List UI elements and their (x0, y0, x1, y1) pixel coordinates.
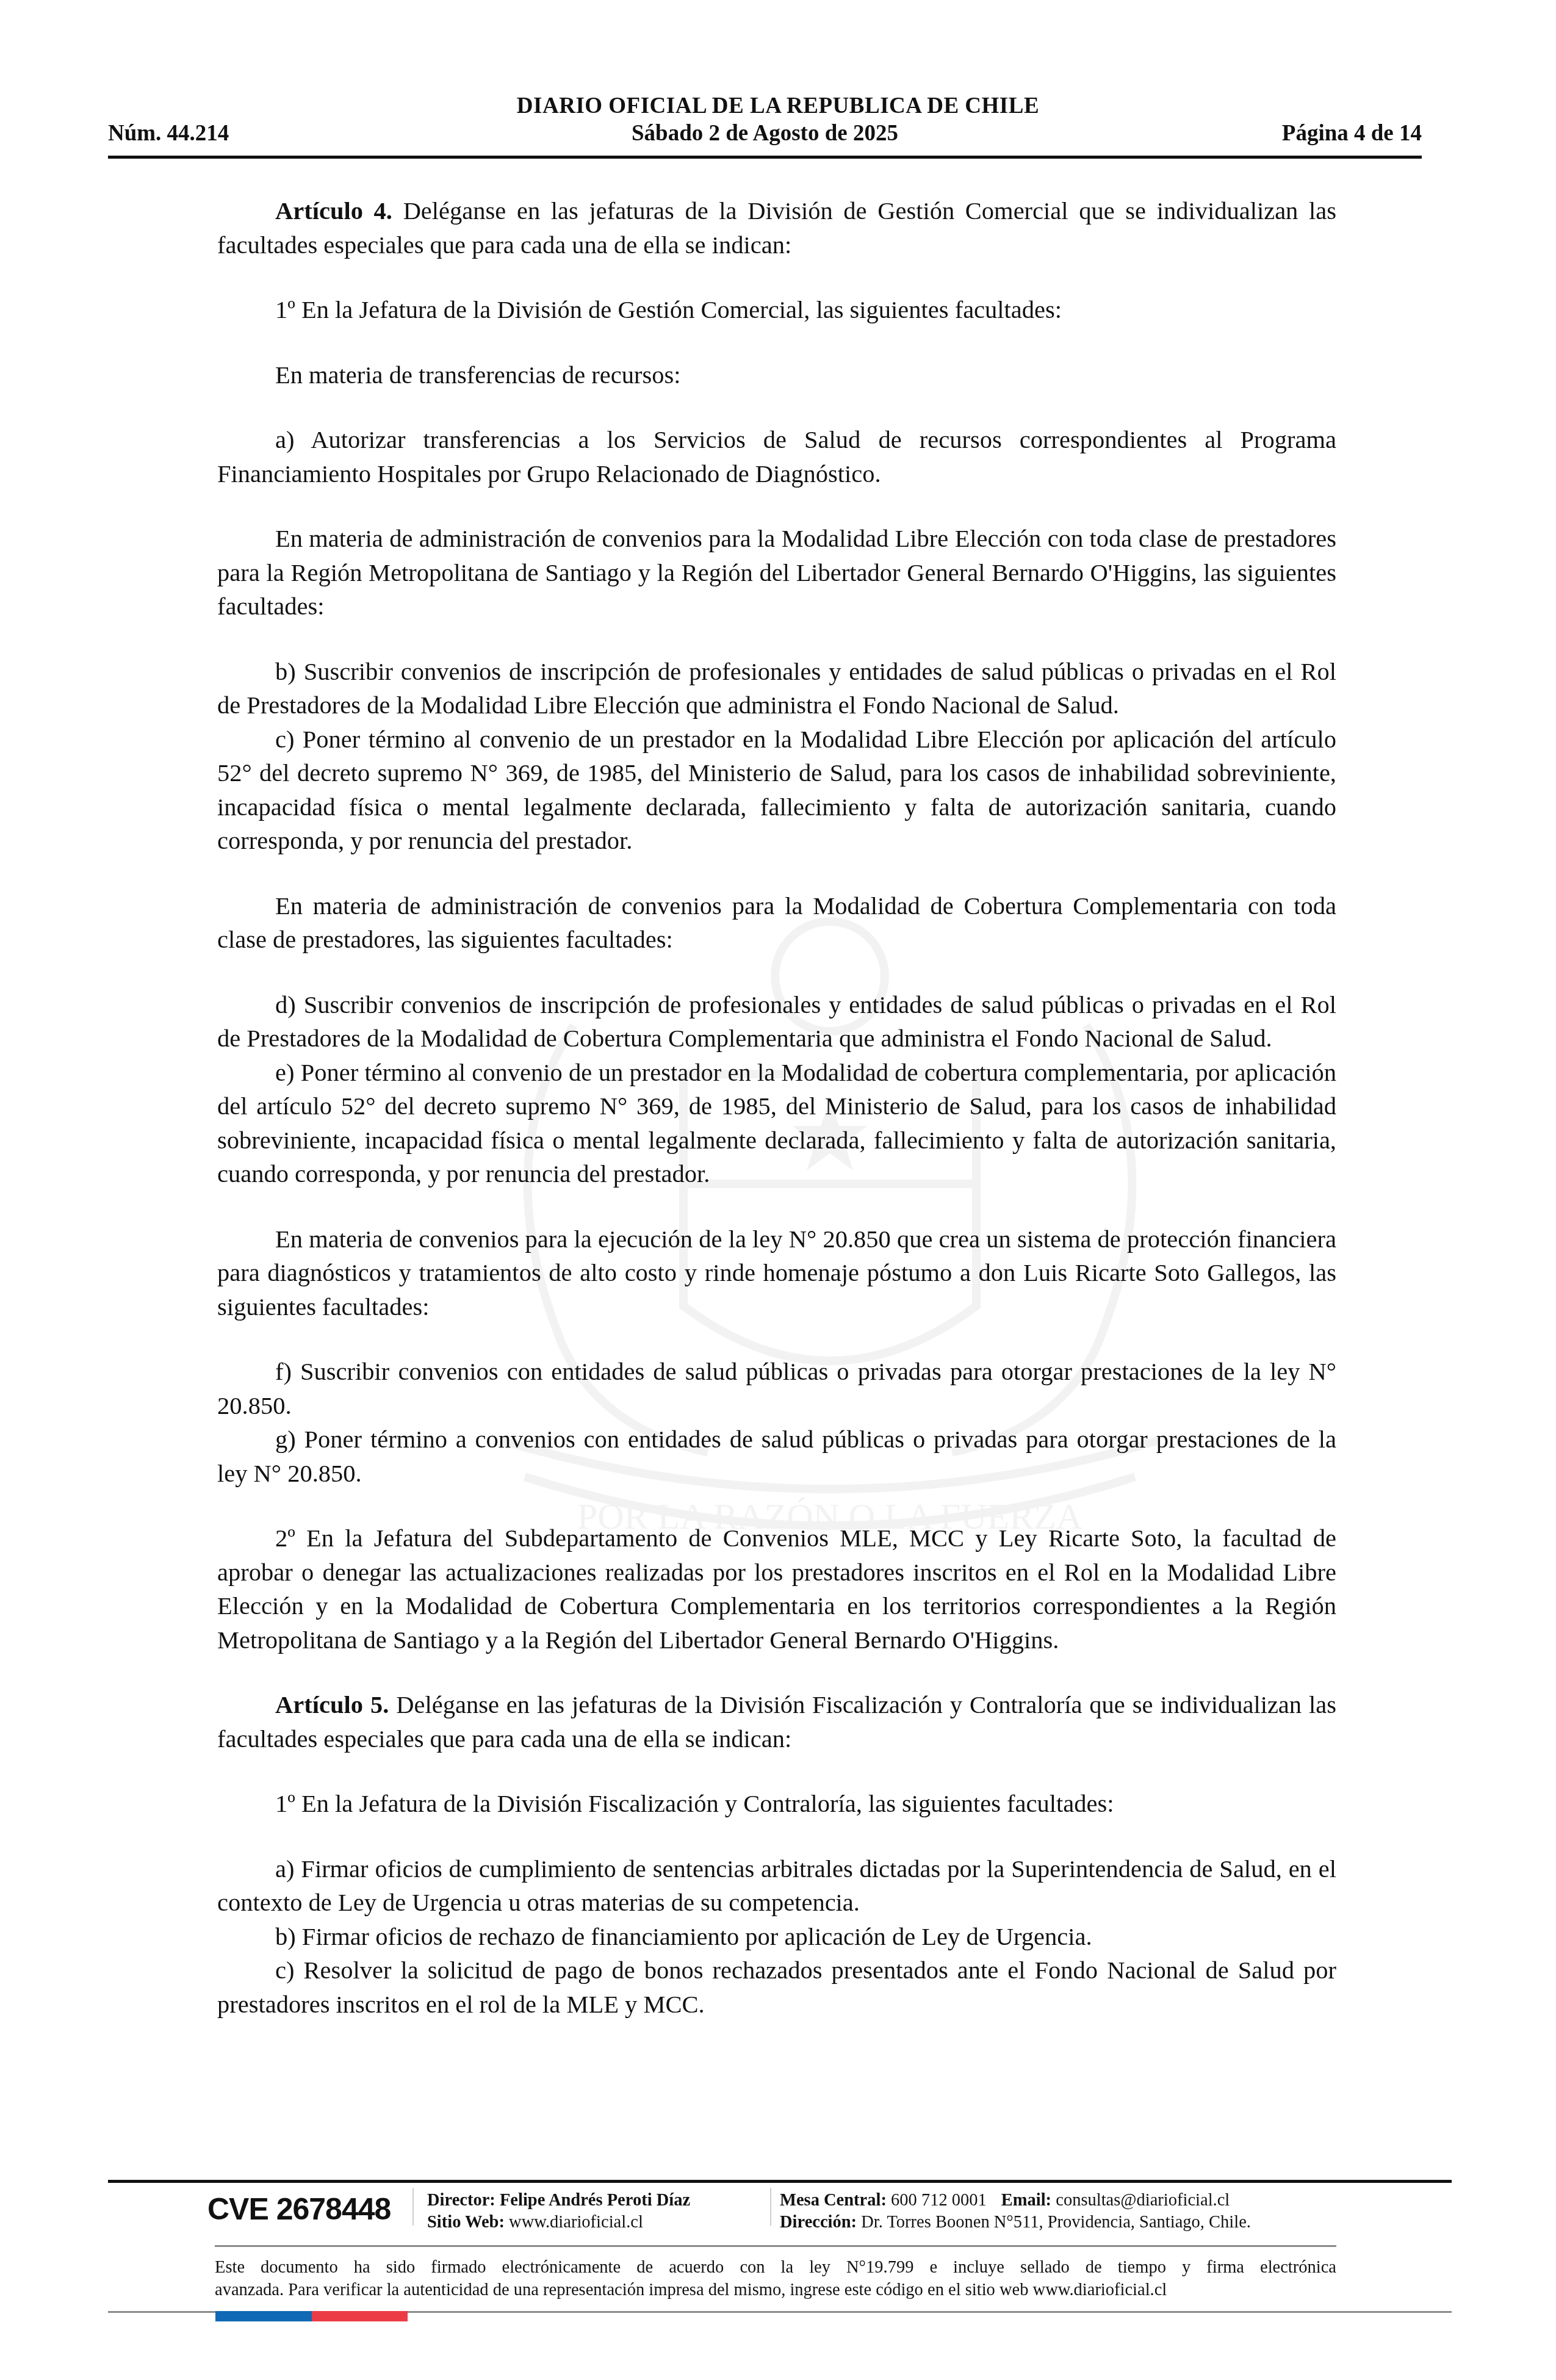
footer-director-block: Director: Felipe Andrés Peroti Díaz Siti… (427, 2190, 690, 2234)
footer-divider-thin (215, 2245, 1336, 2247)
header-meta-row: Núm. 44.214 Sábado 2 de Agosto de 2025 P… (108, 120, 1422, 148)
email-link[interactable]: consultas@diarioficial.cl (1056, 2191, 1230, 2210)
paragraph: 1º En la Jefatura de la División Fiscali… (217, 1787, 1336, 1821)
issue-date: Sábado 2 de Agosto de 2025 (108, 120, 1422, 146)
publication-title: DIARIO OFICIAL DE LA REPUBLICA DE CHILE (0, 93, 1556, 119)
flag-red-bar (312, 2311, 408, 2321)
paragraph: c) Resolver la solicitud de pago de bono… (217, 1953, 1336, 2021)
document-body: Artículo 4. Deléganse en las jefaturas d… (217, 194, 1336, 2021)
footer-divider (108, 2180, 1452, 2183)
paragraph: e) Poner término al convenio de un prest… (217, 1056, 1336, 1191)
paragraph: 1º En la Jefatura de la División de Gest… (217, 293, 1336, 327)
paragraph: En materia de transferencias de recursos… (217, 358, 1336, 392)
director-name: Felipe Andrés Peroti Díaz (500, 2191, 690, 2210)
header-divider (108, 156, 1422, 159)
article-5-heading: Artículo 5. (275, 1691, 389, 1718)
flag-blue-bar (215, 2311, 312, 2321)
article-5-paragraph: Artículo 5. Deléganse en las jefaturas d… (217, 1688, 1336, 1756)
paragraph: b) Firmar oficios de rechazo de financia… (217, 1920, 1336, 1954)
footer-separator (412, 2188, 414, 2226)
footer-contact-block: Mesa Central: 600 712 0001Email: consult… (780, 2190, 1251, 2234)
page-indicator: Página 4 de 14 (1282, 120, 1422, 146)
paragraph: b) Suscribir convenios de inscripción de… (217, 655, 1336, 723)
cve-code: CVE 2678448 (207, 2191, 391, 2227)
legal-notice: Este documento ha sido firmado electróni… (215, 2256, 1336, 2301)
footer-separator (770, 2188, 771, 2226)
paragraph: d) Suscribir convenios de inscripción de… (217, 988, 1336, 1056)
paragraph: c) Poner término al convenio de un prest… (217, 723, 1336, 858)
address: Dr. Torres Boonen N°511, Providencia, Sa… (861, 2213, 1251, 2232)
paragraph: 2º En la Jefatura del Subdepartamento de… (217, 1521, 1336, 1657)
website-link[interactable]: www.diarioficial.cl (509, 2213, 643, 2232)
phone-number: 600 712 0001 (891, 2191, 987, 2210)
paragraph: En materia de convenios para la ejecució… (217, 1222, 1336, 1324)
paragraph: En materia de administración de convenio… (217, 889, 1336, 957)
paragraph: a) Autorizar transferencias a los Servic… (217, 423, 1336, 491)
paragraph: g) Poner término a convenios con entidad… (217, 1423, 1336, 1490)
paragraph: a) Firmar oficios de cumplimiento de sen… (217, 1852, 1336, 1920)
paragraph: En materia de administración de convenio… (217, 522, 1336, 624)
article-4-paragraph: Artículo 4. Deléganse en las jefaturas d… (217, 194, 1336, 262)
article-4-heading: Artículo 4. (275, 197, 392, 225)
paragraph: f) Suscribir convenios con entidades de … (217, 1355, 1336, 1423)
